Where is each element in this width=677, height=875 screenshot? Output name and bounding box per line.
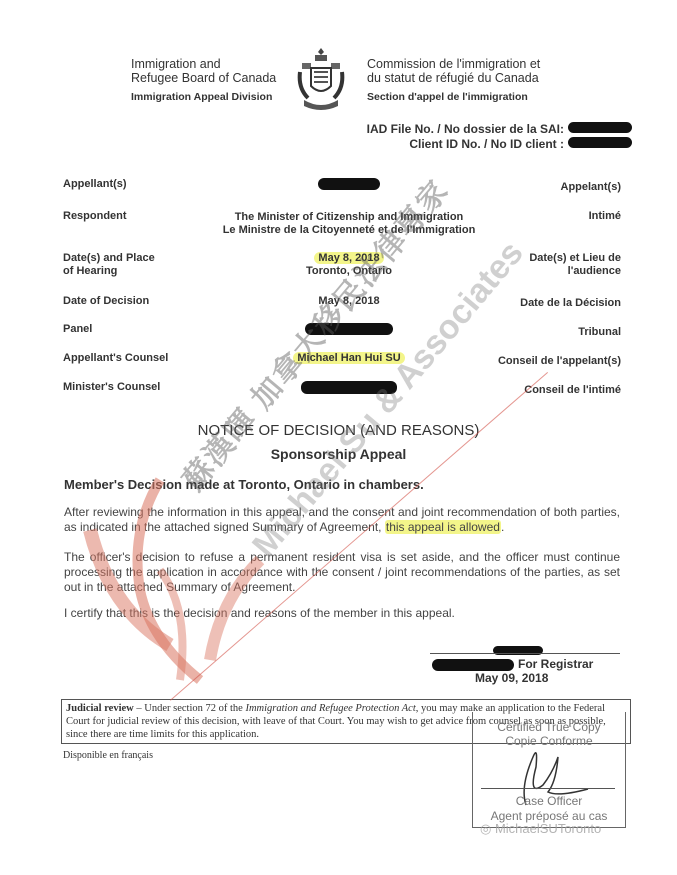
redaction-mark xyxy=(568,137,632,148)
agency-name-en-2: Refugee Board of Canada xyxy=(131,71,276,85)
iad-file-number: IAD File No. / No dossier de la SAI: xyxy=(367,122,564,137)
available-in-french: Disponible en français xyxy=(63,750,153,761)
respondent-name-fr: Le Ministre de la Citoyenneté et de l'Im… xyxy=(218,224,480,237)
agency-name-en-1: Immigration and xyxy=(131,57,276,71)
redaction-mark xyxy=(432,659,514,671)
redaction-mark xyxy=(568,122,632,133)
appeal-allowed-highlight: this appeal is allowed xyxy=(385,520,501,534)
stamp-line xyxy=(481,788,615,789)
file-numbers: IAD File No. / No dossier de la SAI: Cli… xyxy=(367,122,564,152)
redaction-mark xyxy=(318,178,380,190)
registrar-date: May 09, 2018 xyxy=(432,671,622,685)
division-name-fr: Section d'appel de l'immigration xyxy=(367,90,540,104)
registrar-label: For Registrar xyxy=(518,657,593,671)
wechat-watermark: ◎ MichaelSUToronto xyxy=(480,821,601,837)
certified-copy-stamp: Certified True Copy Copie Conforme Case … xyxy=(472,712,626,828)
header-english: Immigration and Refugee Board of Canada … xyxy=(131,57,276,104)
canada-coat-of-arms-icon xyxy=(296,46,346,112)
signature-line xyxy=(430,653,620,654)
firm-logo-watermark-icon xyxy=(60,470,290,700)
wechat-icon: ◎ xyxy=(480,821,495,836)
client-id-number: Client ID No. / No ID client : xyxy=(367,137,564,152)
header-french: Commission de l'immigration et du statut… xyxy=(367,57,540,104)
agency-name-fr-2: du statut de réfugié du Canada xyxy=(367,71,540,85)
agency-name-fr-1: Commission de l'immigration et xyxy=(367,57,540,71)
division-name-en: Immigration Appeal Division xyxy=(131,90,276,104)
registrar-block: For Registrar May 09, 2018 xyxy=(432,657,622,685)
